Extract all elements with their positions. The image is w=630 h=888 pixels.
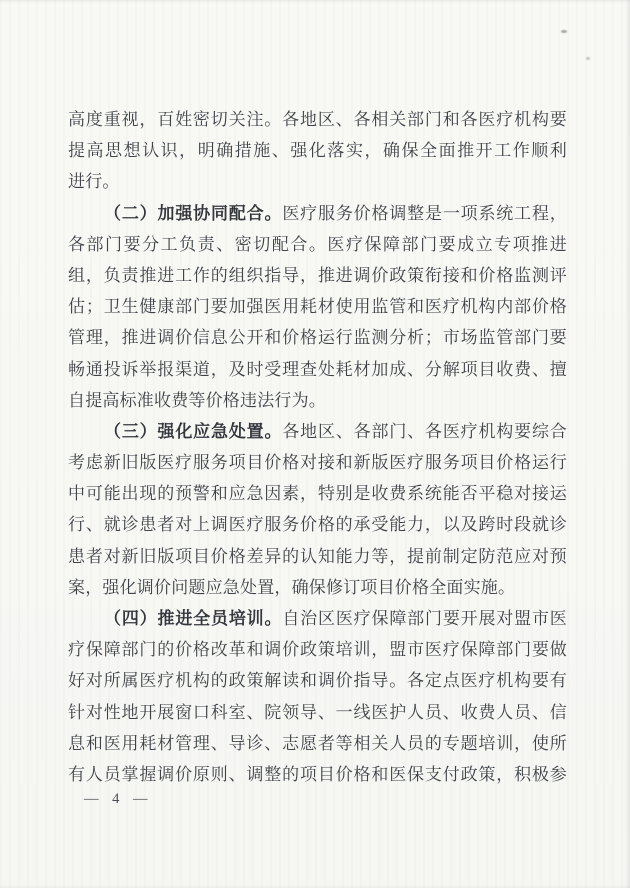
text-line: （三）强化应急处置。各地区、各部门、各医疗机构要综合 <box>68 416 567 447</box>
text-line: 好对所属医疗机构的政策解读和调价指导。各定点医疗机构要有 <box>68 665 567 696</box>
text-line: 提高思想认识，明确措施、强化落实，确保全面推开工作顺利 <box>68 135 567 166</box>
scan-speck <box>586 57 590 60</box>
text-line: 行、就诊患者对上调医疗服务价格的承受能力，以及跨时段就诊 <box>68 509 567 540</box>
text-line: 疗保障部门的价格改革和调价政策培训，盟市医疗保障部门要做 <box>68 634 567 665</box>
text-line: 自提高标准收费等价格违法行为。 <box>68 385 567 416</box>
text-line: 高度重视，百姓密切关注。各地区、各相关部门和各医疗机构要 <box>68 104 567 135</box>
text-line: 估；卫生健康部门要加强医用耗材使用监管和医疗机构内部价格 <box>68 291 567 322</box>
page-number: — 4 — <box>84 789 153 809</box>
text-line: 针对性地开展窗口科室、院领导、一线医护人员、收费人员、信 <box>68 697 567 728</box>
text-line: 组，负责推进工作的组织指导，推进调价政策衔接和价格监测评 <box>68 260 567 291</box>
text-line: 有人员掌握调价原则、调整的项目价格和医保支付政策，积极参 <box>68 759 567 790</box>
document-page: 高度重视，百姓密切关注。各地区、各相关部门和各医疗机构要 提高思想认识，明确措施… <box>0 0 630 888</box>
text-line: （四）推进全员培训。自治区医疗保障部门要开展对盟市医 <box>68 603 567 634</box>
scan-edge-right <box>625 0 630 888</box>
scan-speck <box>561 30 567 33</box>
text-line: 畅通投诉举报渠道，及时受理查处耗材加成、分解项目收费、擅 <box>68 354 567 385</box>
text-line: 进行。 <box>68 166 567 197</box>
text-line: 考虑新旧版医疗服务项目价格对接和新版医疗服务项目价格运行 <box>68 447 567 478</box>
document-body: 高度重视，百姓密切关注。各地区、各相关部门和各医疗机构要 提高思想认识，明确措施… <box>68 104 567 790</box>
text-segment: 各地区、各部门、各医疗机构要综合 <box>282 422 567 441</box>
text-line: 息和医用耗材管理、导诊、志愿者等相关人员的专题培训，使所 <box>68 728 567 759</box>
paragraph-heading: （四）推进全员培训。 <box>104 609 282 628</box>
text-line: 中可能出现的预警和应急因素，特别是收费系统能否平稳对接运 <box>68 478 567 509</box>
text-segment: 自治区医疗保障部门要开展对盟市医 <box>282 609 567 628</box>
text-line: 案，强化调价问题应急处置，确保修订项目价格全面实施。 <box>68 572 567 603</box>
text-line: 管理，推进调价信息公开和价格运行监测分析；市场监管部门要 <box>68 322 567 353</box>
paragraph-heading: （二）加强协同配合。 <box>104 204 282 223</box>
text-segment: 医疗服务价格调整是一项系统工程， <box>282 204 567 223</box>
text-line: 患者对新旧版项目价格差异的认知能力等，提前制定防范应对预 <box>68 541 567 572</box>
paragraph-heading: （三）强化应急处置。 <box>104 422 282 441</box>
text-line: （二）加强协同配合。医疗服务价格调整是一项系统工程， <box>68 198 567 229</box>
text-line: 各部门要分工负责、密切配合。医疗保障部门要成立专项推进 <box>68 229 567 260</box>
scan-edge-top <box>0 0 630 3</box>
